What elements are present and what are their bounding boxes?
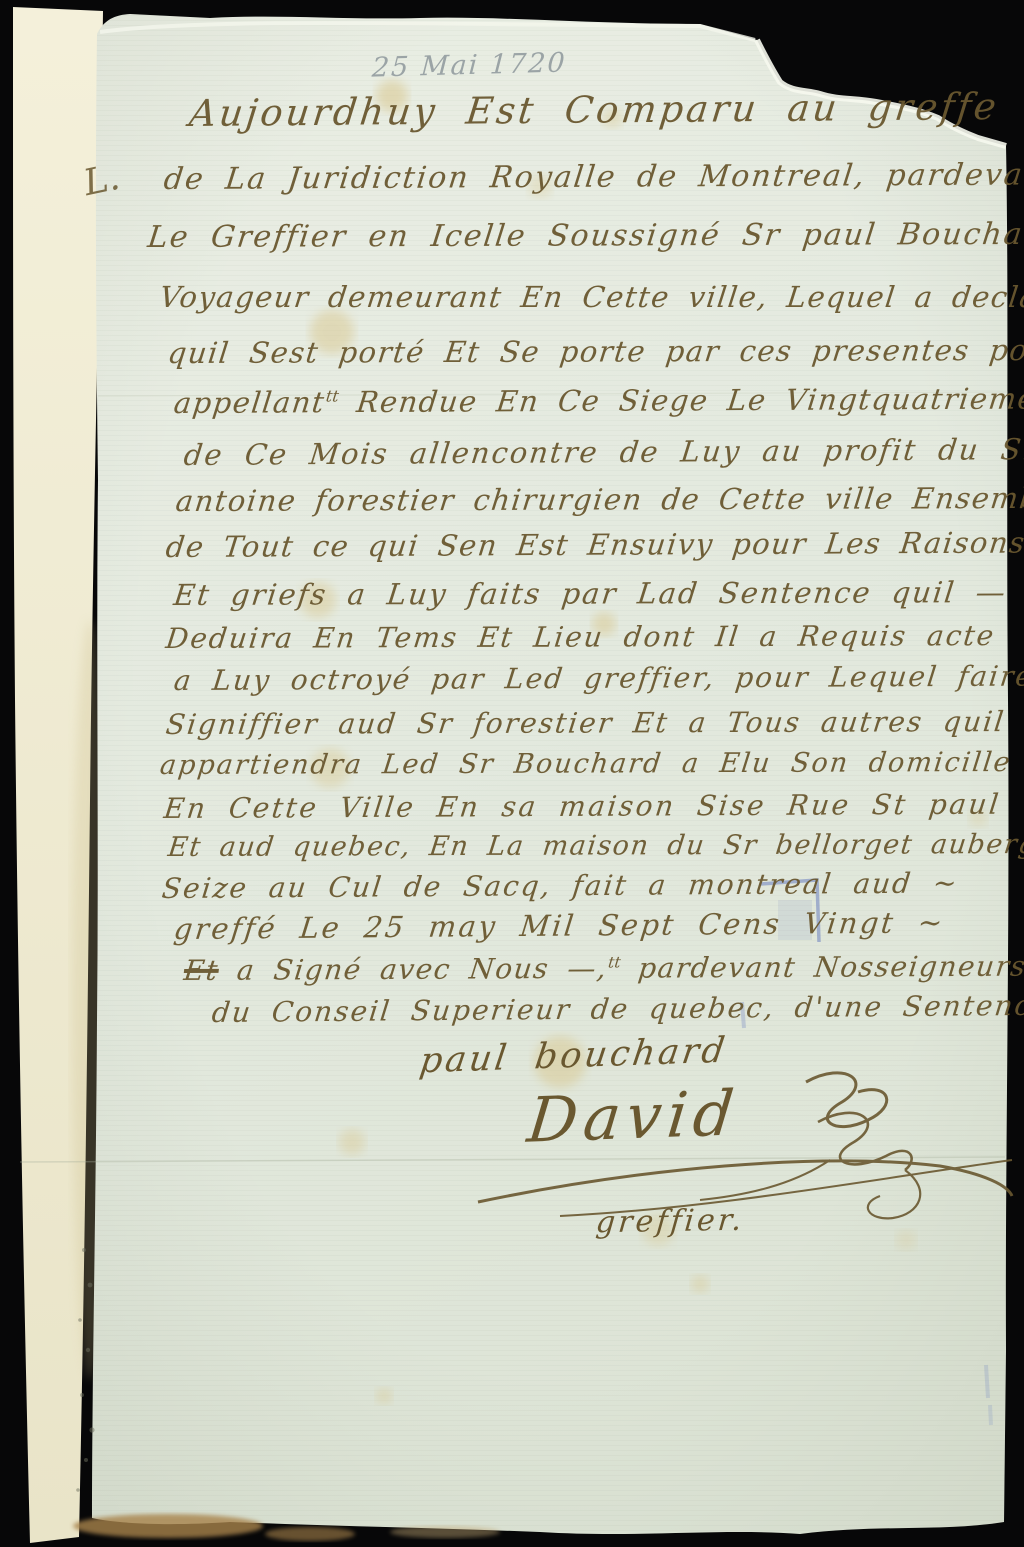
manuscript-line-11: Deduira En Tems Et Lieu dont Il a Requis… <box>164 619 997 655</box>
manuscript-line-4: Voyageur demeurant En Cette ville, Leque… <box>158 280 1024 314</box>
manuscript-line-20: du Conseil Superieur de quebec, d'une Se… <box>210 989 1024 1029</box>
manuscript-line-14: appartiendra Led Sr Bouchard a Elu Son d… <box>158 747 1013 781</box>
manuscript-line-13: Signiffier aud Sr forestier Et a Tous au… <box>164 705 1007 741</box>
manuscript-line-12: a Luy octroyé par Led greffier, pour Leq… <box>172 659 1024 697</box>
manuscript-line-3: Le Greffier en Icelle Soussigné Sr paul … <box>146 217 1024 255</box>
manuscript-line-2: de La Juridiction Royalle de Montreal, p… <box>162 157 1024 197</box>
scanned-document-page: 25 Mai 1720 L. Aujourdhuy Est Comparu au… <box>0 0 1024 1547</box>
manuscript-line-8: antoine forestier chirurgien de Cette vi… <box>174 481 1024 518</box>
manuscript-line-18: greffé Le 25 may Mil Sept Cens Vingt ~ <box>172 905 947 946</box>
manuscript-line-5: quil Sest porté Et Se porte par ces pres… <box>166 333 1024 370</box>
manuscript-line-10: Et griefs a Luy faits par Lad Sentence q… <box>172 575 1009 612</box>
manuscript-line-7: de Ce Mois allencontre de Luy au profit … <box>182 432 1024 472</box>
line-19-rest: pardevant Nosseigneurs <box>618 950 1024 985</box>
pencil-date-annotation: 25 Mai 1720 <box>371 47 567 83</box>
struck-out-word: Et <box>182 954 221 987</box>
manuscript-line-17: Seize au Cul de Sacq, fait a montreal au… <box>160 866 960 905</box>
clerk-title: greffier. <box>594 1203 745 1241</box>
manuscript-line-1: Aujourdhuy Est Comparu au greffe — <box>187 84 1024 135</box>
manuscript-line-6: appellanttt Rendue En Ce Siege Le Vingtq… <box>172 381 1024 420</box>
line-6-rest: Rendue En Ce Siege Le Vingtquatrieme <box>336 381 1024 419</box>
manuscript-line-15: En Cette Ville En sa maison Sise Rue St … <box>162 788 1002 825</box>
line-19-main: a Signé avec Nous —, <box>217 952 610 987</box>
manuscript-line-9: de Tout ce qui Sen Est Ensuivy pour Les … <box>164 525 1024 564</box>
manuscript-line-16: Et aud quebec, En La maison du Sr bellor… <box>166 829 1024 863</box>
manuscript-line-19: Et a Signé avec Nous —,tt pardevant Noss… <box>182 950 1024 987</box>
line-6-word: appellant <box>172 385 327 420</box>
signature-david: David <box>524 1076 743 1157</box>
